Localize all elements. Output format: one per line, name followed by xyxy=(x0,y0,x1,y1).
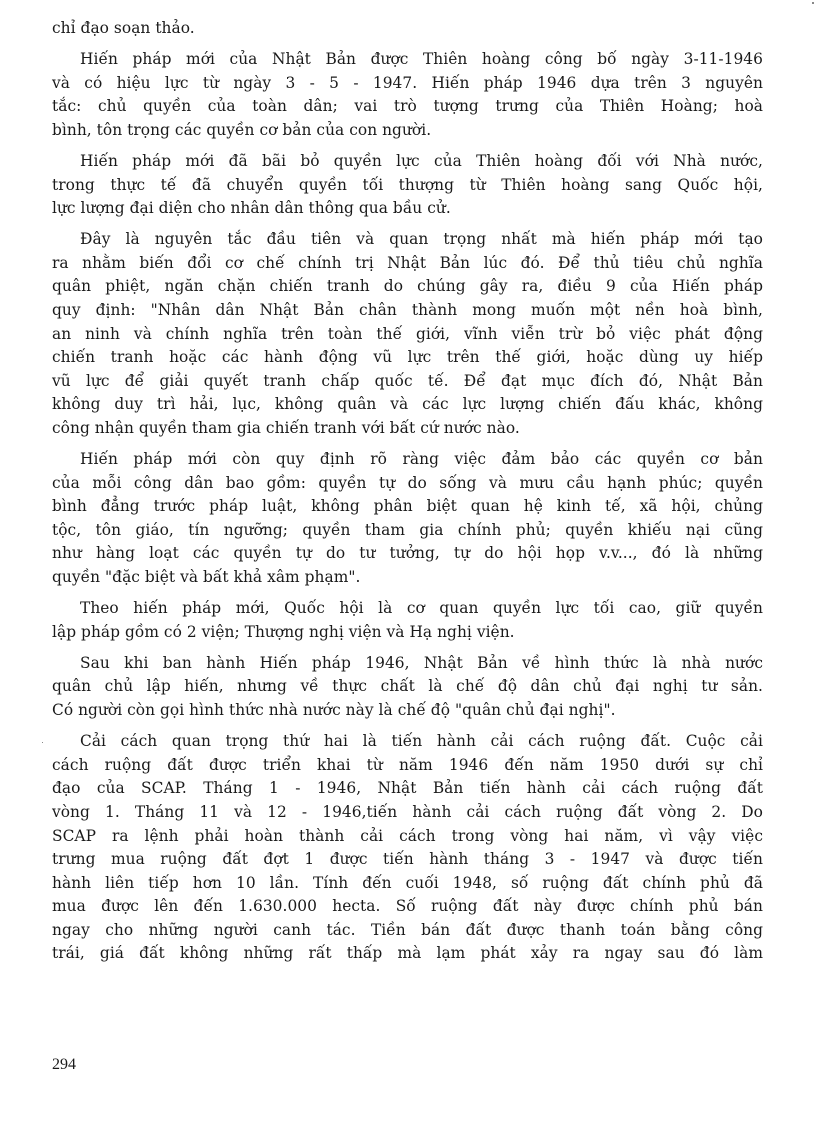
text-line: đạo của SCAP. Tháng 1 - 1946, Nhật Bản t… xyxy=(52,777,763,801)
paragraph: Cải cách quan trọng thứ hai là tiến hành… xyxy=(52,730,763,966)
text-line: Sau khi ban hành Hiến pháp 1946, Nhật Bả… xyxy=(52,652,763,676)
paragraph: Hiến pháp mới đã bãi bỏ quyền lực của Th… xyxy=(52,150,763,221)
paragraph: Hiến pháp mới của Nhật Bản được Thiên ho… xyxy=(52,48,763,142)
text-line: Hiến pháp mới còn quy định rõ ràng việc … xyxy=(52,448,763,472)
text-line: Theo hiến pháp mới, Quốc hội là cơ quan … xyxy=(52,597,763,621)
text-line: như hàng loạt các quyền tự do tư tưởng, … xyxy=(52,542,763,566)
text-line: lập pháp gồm có 2 viện; Thượng nghị viện… xyxy=(52,621,763,645)
text-line: quân chủ lập hiến, nhưng về thực chất là… xyxy=(52,675,763,699)
document-body: chỉ đạo soạn thảo.Hiến pháp mới của Nhật… xyxy=(52,17,763,974)
scan-speck xyxy=(42,742,43,743)
scan-speck xyxy=(812,2,814,4)
text-line: trái, giá đất không những rất thấp mà lạ… xyxy=(52,942,763,966)
text-line: của mỗi công dân bao gồm: quyền tự do số… xyxy=(52,472,763,496)
text-line: tộc, tôn giáo, tín ngưỡng; quyền tham gi… xyxy=(52,519,763,543)
text-line: chiến tranh hoặc các hành động vũ lực tr… xyxy=(52,346,763,370)
text-line: quân phiệt, ngăn chặn chiến tranh do chú… xyxy=(52,275,763,299)
text-line: cách ruộng đất được triển khai từ năm 19… xyxy=(52,754,763,778)
text-line: an ninh và chính nghĩa trên toàn thế giớ… xyxy=(52,323,763,347)
paragraph: Sau khi ban hành Hiến pháp 1946, Nhật Bả… xyxy=(52,652,763,723)
text-line: mua được lên đến 1.630.000 hecta. Số ruộ… xyxy=(52,895,763,919)
text-line: trong thực tế đã chuyển quyền tối thượng… xyxy=(52,174,763,198)
text-line: quyền "đặc biệt và bất khả xâm phạm". xyxy=(52,566,763,590)
text-line: Đây là nguyên tắc đầu tiên và quan trọng… xyxy=(52,228,763,252)
text-line: Có người còn gọi hình thức nhà nước này … xyxy=(52,699,763,723)
text-line: vòng 1. Tháng 11 và 12 - 1946,tiến hành … xyxy=(52,801,763,825)
page-number: 294 xyxy=(52,1056,76,1074)
text-line: bình, tôn trọng các quyền cơ bản của con… xyxy=(52,119,763,143)
text-line: lực lượng đại diện cho nhân dân thông qu… xyxy=(52,197,763,221)
text-line: hành liên tiếp hơn 10 lần. Tính đến cuối… xyxy=(52,872,763,896)
text-line: tắc: chủ quyền của toàn dân; vai trò tượ… xyxy=(52,95,763,119)
text-line: SCAP ra lệnh phải hoàn thành cải cách tr… xyxy=(52,825,763,849)
paragraph: Theo hiến pháp mới, Quốc hội là cơ quan … xyxy=(52,597,763,644)
text-line: và có hiệu lực từ ngày 3 - 5 - 1947. Hiế… xyxy=(52,72,763,96)
paragraph: chỉ đạo soạn thảo. xyxy=(52,17,763,41)
text-line: ngay cho những người canh tác. Tiền bán … xyxy=(52,919,763,943)
text-line: ra nhằm biến đổi cơ chế chính trị Nhật B… xyxy=(52,252,763,276)
text-line: công nhận quyền tham gia chiến tranh với… xyxy=(52,417,763,441)
text-line: Hiến pháp mới đã bãi bỏ quyền lực của Th… xyxy=(52,150,763,174)
text-line: Cải cách quan trọng thứ hai là tiến hành… xyxy=(52,730,763,754)
text-line: Hiến pháp mới của Nhật Bản được Thiên ho… xyxy=(52,48,763,72)
text-line: trưng mua ruộng đất đợt 1 được tiến hành… xyxy=(52,848,763,872)
text-line: quy định: "Nhân dân Nhật Bản chân thành … xyxy=(52,299,763,323)
paragraph: Đây là nguyên tắc đầu tiên và quan trọng… xyxy=(52,228,763,440)
text-line: không duy trì hải, lục, không quân và cá… xyxy=(52,393,763,417)
text-line: vũ lực để giải quyết tranh chấp quốc tế.… xyxy=(52,370,763,394)
text-line: bình đẳng trước pháp luật, không phân bi… xyxy=(52,495,763,519)
text-line: chỉ đạo soạn thảo. xyxy=(52,17,763,41)
paragraph: Hiến pháp mới còn quy định rõ ràng việc … xyxy=(52,448,763,590)
